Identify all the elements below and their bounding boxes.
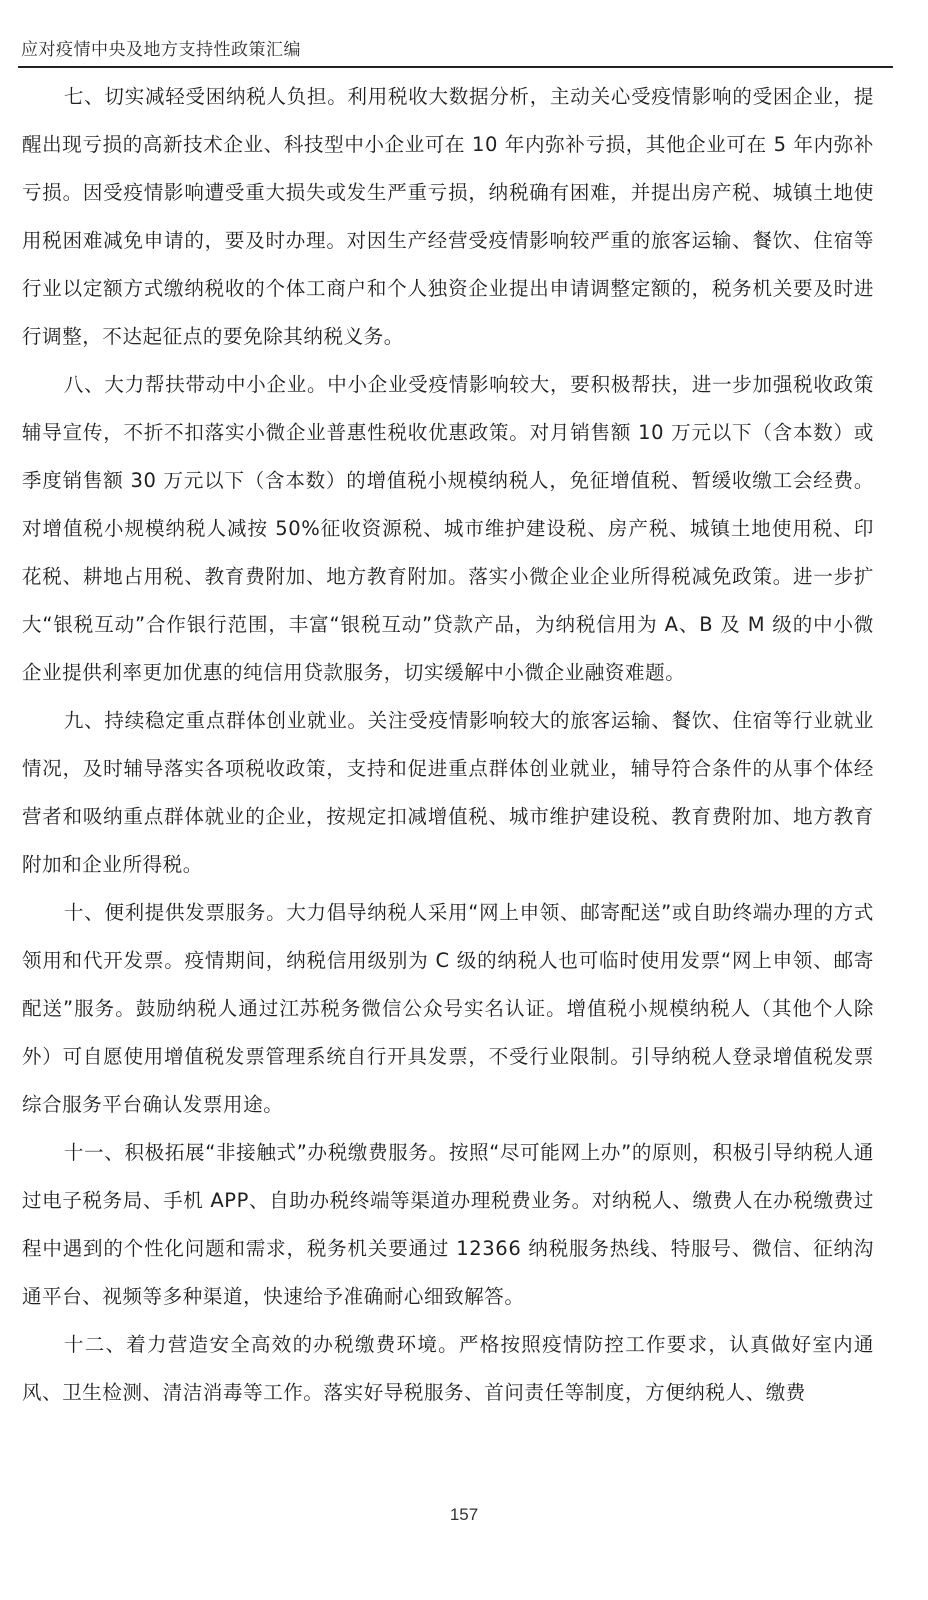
- body-text: 七、切实减轻受困纳税人负担。利用税收大数据分析，主动关心受疫情影响的受困企业，提…: [22, 73, 874, 1417]
- paragraph-8: 八、大力帮扶带动中小企业。中小企业受疫情影响较大，要积极帮扶，进一步加强税收政策…: [22, 361, 874, 697]
- document-title: 应对疫情中央及地方支持性政策汇编: [21, 39, 301, 61]
- paragraph-7: 七、切实减轻受困纳税人负担。利用税收大数据分析，主动关心受疫情影响的受困企业，提…: [22, 73, 874, 361]
- running-header: 应对疫情中央及地方支持性政策汇编: [18, 38, 893, 68]
- paragraph-12: 十二、着力营造安全高效的办税缴费环境。严格按照疫情防控工作要求，认真做好室内通风…: [22, 1321, 874, 1417]
- paragraph-11: 十一、积极拓展“非接触式”办税缴费服务。按照“尽可能网上办”的原则，积极引导纳税…: [22, 1129, 874, 1321]
- page-number: 157: [0, 1504, 928, 1526]
- paragraph-10: 十、便利提供发票服务。大力倡导纳税人采用“网上申领、邮寄配送”或自助终端办理的方…: [22, 889, 874, 1129]
- paragraph-9: 九、持续稳定重点群体创业就业。关注受疫情影响较大的旅客运输、餐饮、住宿等行业就业…: [22, 697, 874, 889]
